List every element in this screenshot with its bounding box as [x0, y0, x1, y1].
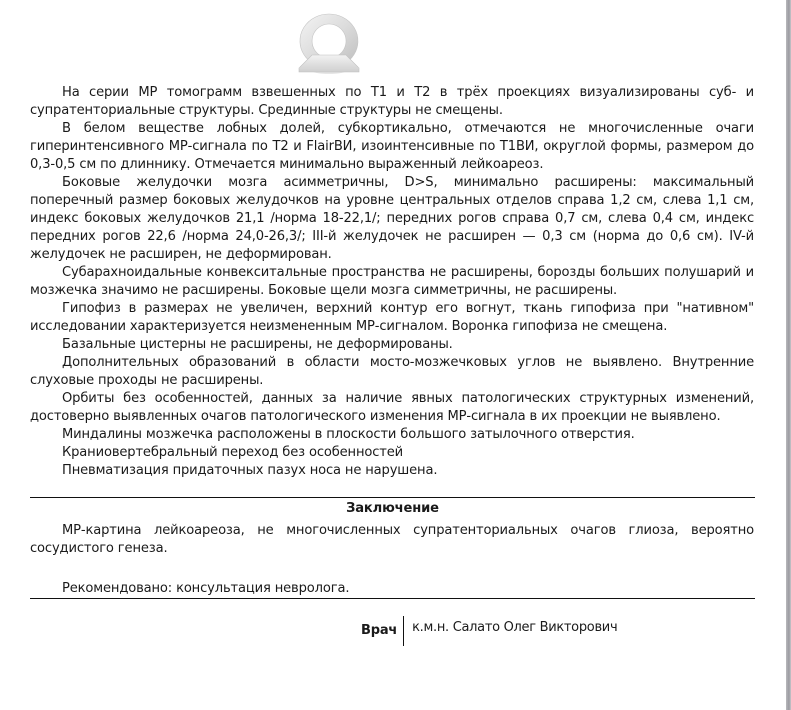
signature-role: Врач — [361, 616, 403, 640]
findings-paragraph: На серии МР томограмм взвешенных по Т1 и… — [30, 84, 754, 120]
findings-paragraph: Краниовертебральный переход без особенно… — [30, 444, 754, 462]
conclusion-title: Заключение — [30, 500, 755, 518]
conclusion-bottom-divider — [30, 598, 755, 599]
conclusion-top-divider — [30, 497, 755, 498]
findings-paragraph: Миндалины мозжечка расположены в плоскос… — [30, 426, 754, 444]
findings-paragraph: Пневматизация придаточных пазух носа не … — [30, 462, 754, 480]
recommendation-text: Рекомендовано: консультация невролога. — [30, 580, 754, 598]
mri-scanner-logo-icon — [296, 10, 362, 78]
findings-paragraph: Субарахноидальные конвекситальные простр… — [30, 264, 754, 300]
conclusion-text: МР-картина лейкоареоза, не многочисленны… — [30, 522, 754, 558]
recommendation-section: Рекомендовано: консультация невролога. — [30, 580, 754, 598]
signature-block: Врач к.м.н. Салато Олег Викторович — [361, 616, 617, 646]
findings-paragraph: В белом веществе лобных долей, субкортик… — [30, 120, 754, 174]
findings-section: На серии МР томограмм взвешенных по Т1 и… — [30, 84, 754, 480]
findings-paragraph: Гипофиз в размерах не увеличен, верхний … — [30, 300, 754, 336]
report-page: На серии МР томограмм взвешенных по Т1 и… — [0, 0, 786, 710]
vertical-scrollbar[interactable] — [786, 0, 791, 710]
findings-paragraph: Орбиты без особенностей, данных за налич… — [30, 390, 754, 426]
findings-paragraph: Базальные цистерны не расширены, не дефо… — [30, 336, 754, 354]
findings-paragraph: Боковые желудочки мозга асимметричны, D>… — [30, 174, 754, 264]
findings-paragraph: Дополнительных образований в области мос… — [30, 354, 754, 390]
signature-name: к.м.н. Салато Олег Викторович — [404, 616, 617, 637]
conclusion-section: МР-картина лейкоареоза, не многочисленны… — [30, 522, 754, 558]
